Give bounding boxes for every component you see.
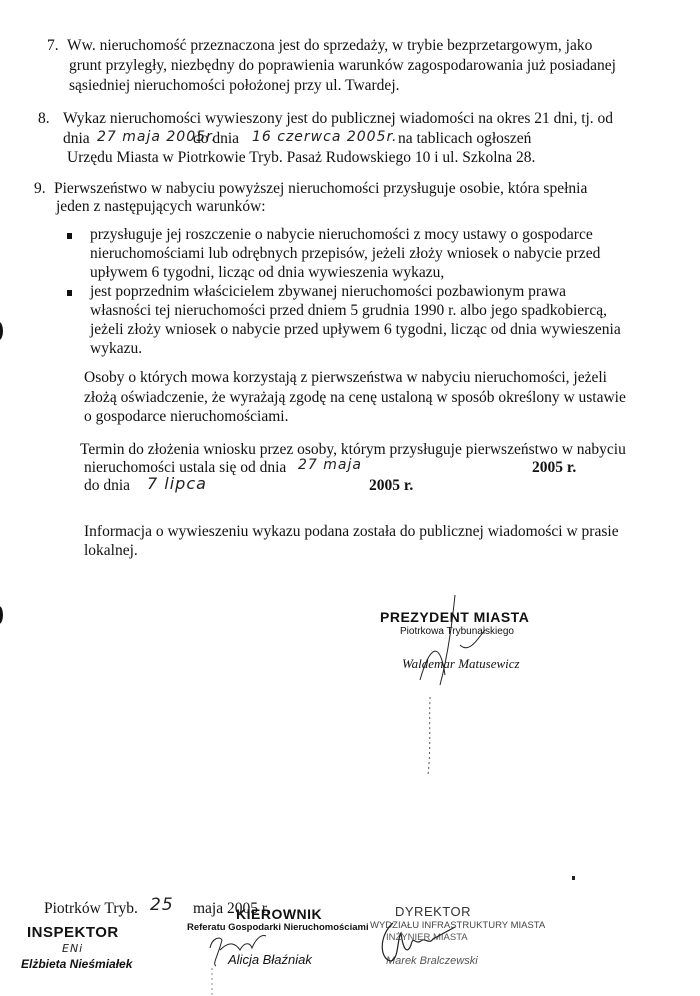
- item-8-line-1: Wykaz nieruchomości wywieszony jest do p…: [63, 110, 613, 128]
- informacja-line-1: Informacja o wywieszeniu wykazu podana z…: [84, 523, 619, 541]
- item-8-to-label: do dnia: [193, 130, 239, 148]
- bullet-1-line-2: nieruchomościami lub odrębnych przepisów…: [90, 245, 600, 263]
- termin-from-date-handwritten: 27 maja: [298, 456, 362, 474]
- termin-from-year: 2005 r.: [532, 459, 576, 477]
- inspektor-stamp-name: Elżbieta Nieśmiałek: [21, 957, 132, 971]
- item-9-line-1: Pierwszeństwo w nabyciu powyższej nieruc…: [54, 180, 587, 198]
- footer-day-handwritten: 25: [150, 896, 174, 914]
- ink-dot: [572, 876, 575, 880]
- informacja-line-2: lokalnej.: [84, 542, 138, 560]
- bullet-1-line-1: przysługuje jej roszczenie o nabycie nie…: [90, 226, 593, 244]
- item-8-from-label: dnia: [63, 130, 90, 148]
- scan-punch-hole-mark: [0, 322, 3, 340]
- item-8-after-text: na tablicach ogłoszeń: [398, 130, 531, 148]
- inspektor-initials: ENi: [62, 942, 83, 955]
- item-7-number: 7.: [47, 37, 59, 55]
- dyrektor-signature-icon: [375, 915, 475, 970]
- item-8-line-3: Urzędu Miasta w Piotrkowie Tryb. Pasaż R…: [67, 149, 535, 167]
- item-9-number: 9.: [34, 180, 46, 198]
- item-7-line-2: grunt przyległy, niezbędny do poprawieni…: [69, 57, 616, 75]
- bullet-1-line-3: upływem 6 tygodni, licząc od dnia wywies…: [90, 264, 444, 282]
- item-8-number: 8.: [38, 110, 50, 128]
- bullet-2-line-3: jeżeli złoży wniosek o nabycie przed upł…: [90, 321, 621, 339]
- footer-place: Piotrków Tryb.: [44, 900, 138, 918]
- termin-to-date-handwritten: 7 lipca: [147, 475, 207, 493]
- kierownik-stamp-title: KIEROWNIK: [236, 906, 322, 922]
- kierownik-signature-icon: [200, 928, 290, 996]
- osoby-line-2: złożą oświadczenie, że wyrażają zgodę na…: [84, 389, 626, 407]
- inspektor-stamp-title: INSPEKTOR: [27, 924, 119, 941]
- bullet-icon: [67, 233, 72, 239]
- item-8-to-date-handwritten: 16 czerwca 2005r.: [252, 128, 397, 146]
- item-7-line-1: Ww. nieruchomość przeznaczona jest do sp…: [67, 37, 592, 55]
- item-7-line-3: sąsiedniej nieruchomości położonej przy …: [69, 77, 400, 95]
- item-9-line-2: jeden z następujących warunków:: [56, 198, 266, 216]
- scan-punch-hole-mark: [0, 606, 3, 624]
- bullet-2-line-2: własności tej nieruchomości przed dniem …: [90, 302, 607, 320]
- osoby-line-3: o gospodarce nieruchomościami.: [84, 408, 288, 426]
- bullet-2-line-4: wykazu.: [90, 340, 142, 358]
- bullet-2-line-1: jest poprzednim właścicielem zbywanej ni…: [90, 283, 566, 301]
- termin-to-year: 2005 r.: [369, 477, 413, 495]
- bullet-icon: [67, 290, 72, 296]
- prezydent-signature-icon: [400, 585, 500, 785]
- termin-to-label: do dnia: [84, 477, 130, 495]
- osoby-line-1: Osoby o których mowa korzystają z pierws…: [84, 369, 607, 387]
